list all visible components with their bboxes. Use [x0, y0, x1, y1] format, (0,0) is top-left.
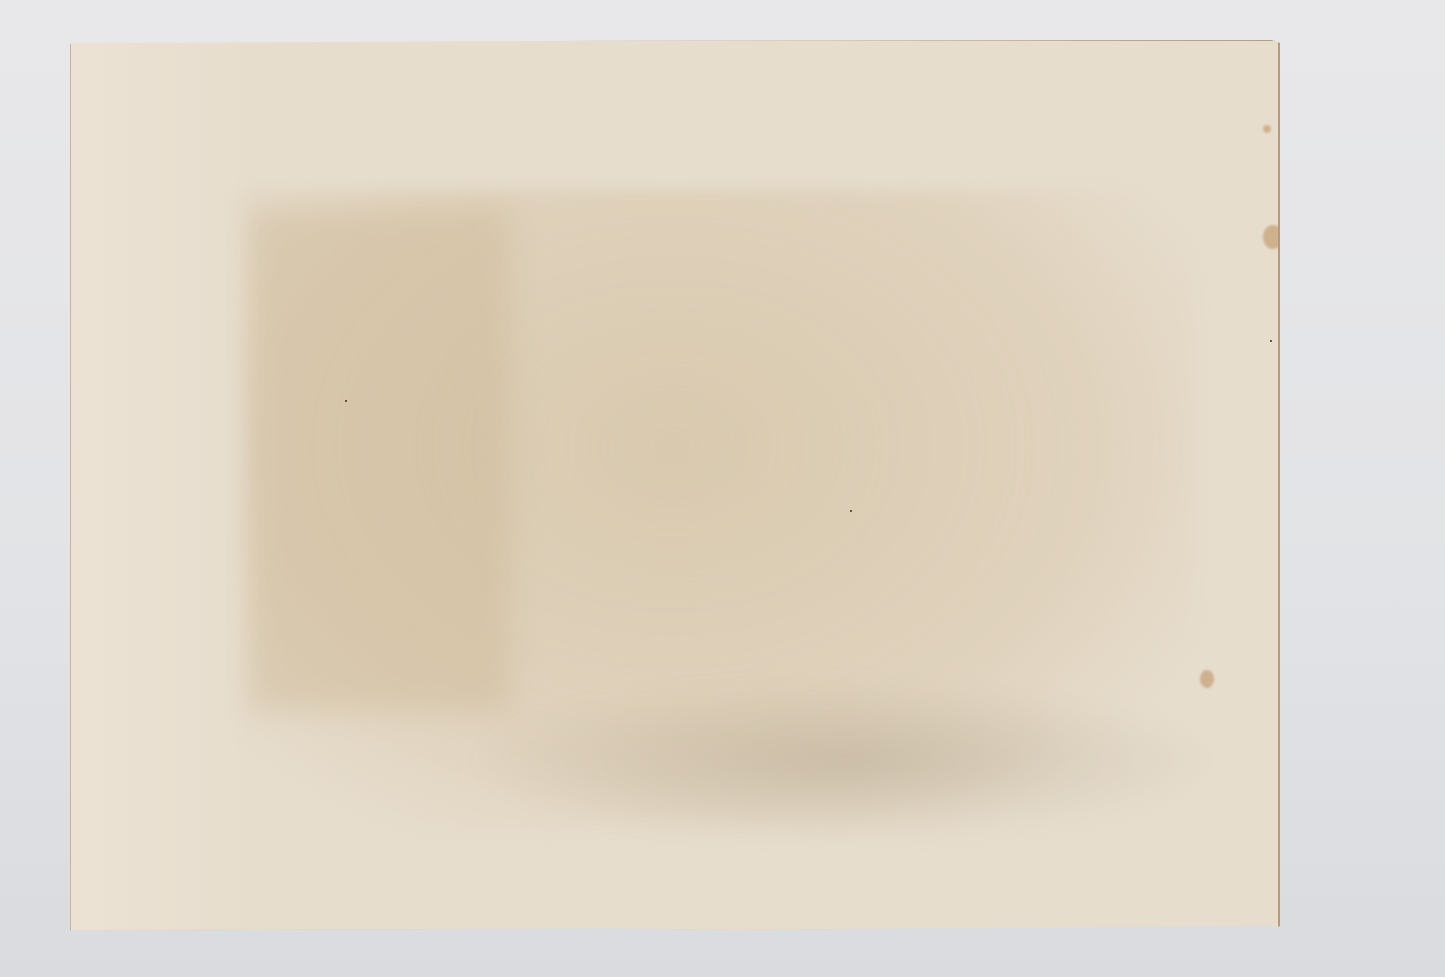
paper-edge [70, 40, 1280, 930]
aged-paper-card [70, 40, 1280, 930]
